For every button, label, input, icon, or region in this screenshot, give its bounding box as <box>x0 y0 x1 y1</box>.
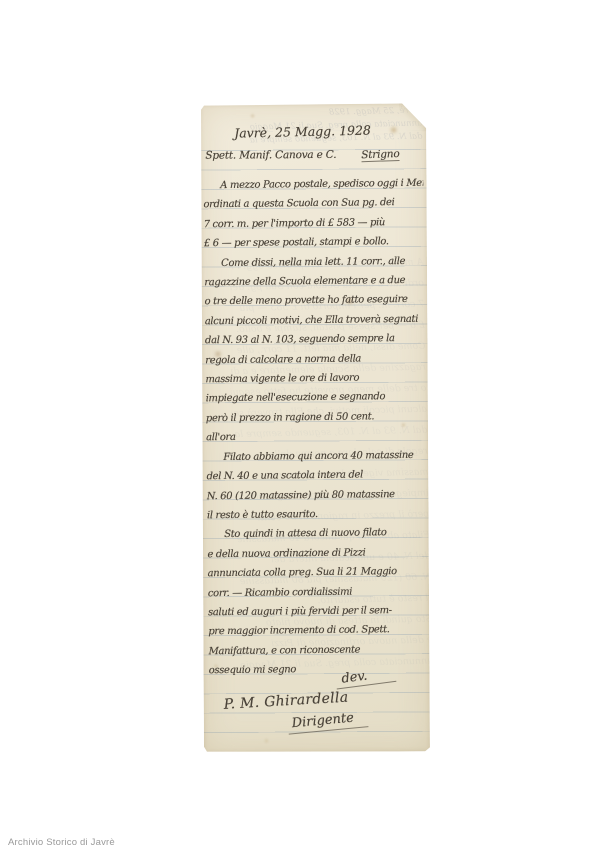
handwriting-line: pre maggior incremento di cod. Spett. <box>208 620 428 642</box>
body-lines: A mezzo Pacco postale, spedisco oggi i M… <box>203 174 429 681</box>
handwriting-line: all'ora <box>206 426 426 448</box>
handwriting-line: regola di calcolare a norma della <box>205 348 425 370</box>
handwriting-line: o tre delle meno provette ho fatto esegu… <box>204 290 424 312</box>
handwriting-line: il resto è tutto esaurito. <box>207 504 427 526</box>
handwriting-line: saluti ed auguri i più fervidi per il se… <box>208 601 428 623</box>
handwriting-line: Manifattura, e con riconoscente <box>208 639 428 661</box>
handwriting-line: 7 corr. m. per l'importo di £ 583 — più <box>204 213 424 235</box>
handwriting-line: Come dissi, nella mia lett. 11 corr., al… <box>204 251 424 273</box>
photo-canvas: Javrè, 25 Magg. 1928annunciata colla pre… <box>0 0 600 857</box>
recipient-name: Spett. Manif. Canova e C. <box>205 149 336 162</box>
handwriting-line: N. 60 (120 matassine) più 80 matassine <box>207 484 427 506</box>
handwriting-line: ordinati a questa Scuola con Sua pg. dei <box>203 193 423 215</box>
handwriting-line: però il prezzo in ragione di 50 cent. <box>206 407 426 429</box>
handwriting-line: A mezzo Pacco postale, spedisco oggi i M… <box>203 174 423 196</box>
handwriting-line: massima vigente le ore di lavoro <box>205 368 425 390</box>
handwriting-line: annunciata colla preg. Sua li 21 Maggio <box>208 562 428 584</box>
handwriting-line: Filato abbiamo qui ancora 40 matassine <box>206 445 426 467</box>
handwriting-line: £ 6 — per spese postali, stampi e bollo. <box>204 232 424 254</box>
recipient-line: Spett. Manif. Canova e C. Strigno <box>205 148 399 162</box>
foxing-spots <box>200 105 201 106</box>
handwriting-line: ragazzine della Scuola elementare e a du… <box>204 271 424 293</box>
handwriting-line: dal N. 93 al N. 103, seguendo sempre la <box>205 329 425 351</box>
handwriting-line: corr. — Ricambio cordialissimi <box>208 581 428 603</box>
archive-watermark: Archivio Storico di Javrè <box>8 837 115 848</box>
handwriting-line: e della nuova ordinazione di Pizzi <box>207 542 427 564</box>
handwriting-line: alcuni piccoli motivi, che Ella troverà … <box>205 310 425 332</box>
letter-paper: Javrè, 25 Magg. 1928annunciata colla pre… <box>200 103 430 752</box>
handwriting-line: Sto quindi in attesa di nuovo filato <box>207 523 427 545</box>
corner-fold <box>399 103 426 131</box>
place-date-line: Javrè, 25 Magg. 1928 <box>234 122 371 140</box>
handwriting-line: del N. 40 e una scatola intera del <box>206 465 426 487</box>
recipient-place: Strigno <box>361 148 400 162</box>
handwriting-line: impiegate nell'esecuzione e segnando <box>206 387 426 409</box>
ghost-line: Javrè, 25 Magg. 1928 <box>208 104 422 122</box>
